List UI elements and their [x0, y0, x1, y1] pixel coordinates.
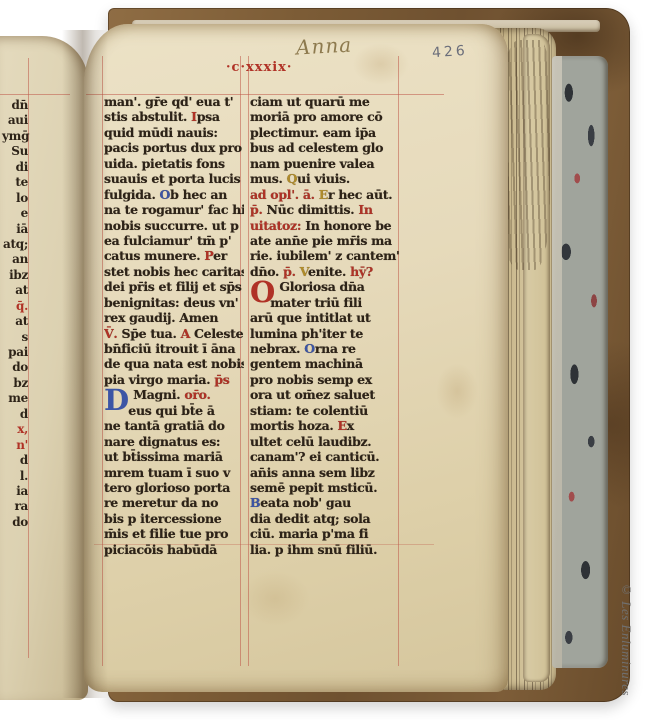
text-fragment: ra — [2, 499, 28, 514]
text-segment: stiam: te colentiū — [250, 403, 368, 418]
text-segment: V — [300, 264, 308, 279]
manuscript-line: O Gloriosa dn̄a — [250, 279, 402, 294]
text-segment: te — [15, 175, 28, 189]
text-segment: ciam ut quarū me — [250, 94, 370, 109]
text-segment: dei pr̄is et filij et sp̄s — [104, 279, 242, 294]
manuscript-line: lia. p ihm snū filiū. — [250, 542, 402, 557]
manuscript-line: ut bt̄issima mariā — [104, 449, 244, 464]
text-segment: enite. — [308, 264, 350, 279]
manuscript-line: nobis succurre. ut p — [104, 218, 244, 233]
text-fragment: at — [2, 314, 28, 329]
text-segment: O — [160, 187, 171, 202]
manuscript-line: rex gaudij. Amen — [104, 310, 244, 325]
text-segment: bz — [13, 376, 28, 390]
text-segment: eus qui bt̄e ā — [104, 403, 215, 418]
text-fragment: dn̄ — [2, 98, 28, 113]
text-fragment: atq; — [2, 237, 28, 252]
text-segment: Celeste — [194, 326, 243, 341]
text-segment: hȳ? — [350, 264, 373, 279]
manuscript-line: arū que intitlat ut — [250, 310, 402, 325]
ruling-line — [28, 58, 29, 658]
text-segment: P — [204, 248, 213, 263]
text-segment: gentem machinā — [250, 356, 363, 371]
text-segment: psa — [197, 109, 220, 124]
text-segment: rex gaudij. Amen — [104, 310, 218, 325]
text-segment: ymḡ — [2, 129, 29, 143]
text-fragment: iā — [2, 222, 28, 237]
text-segment: pro nobis semp ex — [250, 372, 372, 387]
text-fragment: me — [2, 391, 28, 406]
manuscript-line: ora ut om̄ez saluet — [250, 387, 402, 402]
manuscript-line: piciacōis habūdā — [104, 542, 244, 557]
manuscript-line: p̄. Nūc dimittis. In — [250, 202, 402, 217]
text-segment: tero glorioso porta — [104, 480, 230, 495]
text-segment: me — [8, 391, 28, 405]
text-segment: l. — [20, 469, 28, 483]
text-segment: semē pepit msticū. — [250, 480, 377, 495]
text-segment: dia dedit atq; sola — [250, 511, 370, 526]
text-segment: rna re — [315, 341, 356, 356]
text-segment: or̄o. — [184, 387, 210, 402]
manuscript-line: plectimur. eam ip̄a — [250, 125, 402, 140]
text-segment: uida. pietatis fons — [104, 156, 225, 171]
text-segment: do — [12, 360, 28, 374]
text-segment: rie. iubilem' z cantem' — [250, 248, 400, 263]
text-segment: ultet celū laudibz. — [250, 434, 371, 449]
text-segment: do — [12, 515, 28, 529]
manuscript-line: man'. gr̄e qd' eua t' — [104, 94, 244, 109]
text-fragment: lo — [2, 191, 28, 206]
manuscript-line: canam'? ei canticū. — [250, 449, 402, 464]
text-segment: plectimur. eam ip̄a — [250, 125, 376, 140]
text-segment: at — [15, 283, 28, 297]
text-segment: suauis et porta lucis — [104, 171, 240, 186]
manuscript-line: stis abstulit. Ipsa — [104, 109, 244, 124]
text-segment: er — [213, 248, 227, 263]
text-segment: na te rogamur' fac hic — [104, 202, 244, 217]
text-column-left: man'. gr̄e qd' eua t'stis abstulit. Ipsa… — [104, 94, 244, 560]
text-segment: mater triū fili — [250, 295, 362, 310]
text-fragment: x, — [2, 422, 28, 437]
text-segment: r hec aūt. — [328, 187, 392, 202]
text-segment: re meretur da no — [104, 495, 218, 510]
text-segment: e — [21, 206, 28, 220]
text-segment: p̄. — [283, 264, 300, 279]
manuscript-line: semē pepit msticū. — [250, 480, 402, 495]
manuscript-line: mortis hoza. Ex — [250, 418, 402, 433]
text-segment: piciacōis habūdā — [104, 542, 217, 557]
manuscript-line: nam puenire valea — [250, 156, 402, 171]
manuscript-photo: dn̄auiymḡSuditeloeiāatq;anibzatq̄.atspai… — [0, 0, 664, 720]
text-segment: at — [15, 314, 28, 328]
text-segment: Q — [287, 171, 298, 186]
text-segment: uitatoz: — [250, 218, 305, 233]
chapter-heading: ·c·xxxix· — [226, 60, 292, 75]
marbled-endpaper — [552, 56, 608, 668]
manuscript-line: moriā pro amore cō — [250, 109, 402, 124]
text-segment: q̄. — [16, 299, 28, 313]
manuscript-line: re meretur da no — [104, 495, 244, 510]
manuscript-line: suauis et porta lucis — [104, 171, 244, 186]
text-segment: an — [12, 252, 28, 266]
text-segment: A — [181, 326, 194, 341]
text-segment: Su — [11, 144, 28, 158]
text-segment: stet nobis hec caritas — [104, 264, 244, 279]
text-segment: O — [304, 341, 315, 356]
manuscript-line: uida. pietatis fons — [104, 156, 244, 171]
text-segment: p̄. — [250, 202, 267, 217]
text-segment: iā — [16, 222, 28, 236]
manuscript-line: Beata nob' gau — [250, 495, 402, 510]
manuscript-line: D Magni. or̄o. — [104, 387, 244, 402]
text-segment: Magni. — [129, 387, 184, 402]
manuscript-line: tero glorioso porta — [104, 480, 244, 495]
text-segment: stis abstulit. — [104, 109, 191, 124]
pencil-folio-number: 426 — [431, 43, 468, 61]
text-segment: s — [22, 330, 28, 344]
text-fragment: do — [2, 360, 28, 375]
text-segment: fulgida. — [104, 187, 160, 202]
manuscript-line: pro nobis semp ex — [250, 372, 402, 387]
manuscript-line: benignitas: deus vn' — [104, 295, 244, 310]
manuscript-line: mrem tuam ī suo v — [104, 465, 244, 480]
text-segment: atq; — [3, 237, 28, 251]
text-fragment: bz — [2, 376, 28, 391]
text-fragment: di — [2, 160, 28, 175]
text-segment: lumina ph'iter te — [250, 326, 363, 341]
manuscript-line: fulgida. Ob hec an — [104, 187, 244, 202]
text-segment: pai — [8, 345, 28, 359]
text-fragment: aui — [2, 113, 28, 128]
text-segment: an̄is anna sem libz — [250, 465, 375, 480]
manuscript-line: mus. Qui viuis. — [250, 171, 402, 186]
text-segment: ia — [16, 484, 28, 498]
manuscript-line: lumina ph'iter te — [250, 326, 402, 341]
manuscript-line: bus ad celestem glo — [250, 140, 402, 155]
text-fragment: s — [2, 330, 28, 345]
text-segment: ad opl'. ā. — [250, 187, 319, 202]
text-segment: bn̄ficiū itrouit ī āna — [104, 341, 235, 356]
manuscript-line: dei pr̄is et filij et sp̄s — [104, 279, 244, 294]
text-fragment: ibz — [2, 268, 28, 283]
manuscript-page: ·c·xxxix· Anna man'. gr̄e qd' eua t'stis… — [84, 24, 508, 692]
text-segment: ibz — [9, 268, 28, 282]
text-segment: catus munere. — [104, 248, 204, 263]
text-segment: n' — [16, 438, 28, 452]
manuscript-line: de qua nata est nobis — [104, 356, 244, 371]
text-segment: benignitas: deus vn' — [104, 295, 238, 310]
text-segment: nam puenire valea — [250, 156, 374, 171]
ink-inscription: Anna — [295, 33, 352, 60]
text-segment: mortis hoza. — [250, 418, 338, 433]
manuscript-line: rie. iubilem' z cantem' — [250, 248, 402, 263]
ruling-line — [102, 56, 103, 666]
manuscript-line: ad opl'. ā. Er hec aūt. — [250, 187, 402, 202]
text-segment: moriā pro amore cō — [250, 109, 382, 124]
manuscript-line: catus munere. Per — [104, 248, 244, 263]
manuscript-line: nebrax. Orna re — [250, 341, 402, 356]
text-fragment: te — [2, 175, 28, 190]
text-fragment: ia — [2, 484, 28, 499]
manuscript-line: ne tantā gratiā do — [104, 418, 244, 433]
text-segment: lia. p ihm snū filiū. — [250, 542, 377, 557]
text-segment: ne tantā gratiā do — [104, 418, 225, 433]
text-segment: mus. — [250, 171, 287, 186]
text-fragment: d — [2, 453, 28, 468]
text-fragment: e — [2, 206, 28, 221]
text-segment: p̄s — [214, 372, 229, 387]
text-segment: x, — [17, 422, 28, 436]
text-segment: x — [347, 418, 354, 433]
text-segment: aui — [8, 113, 28, 127]
manuscript-line: ate ann̄e pie mr̄is ma — [250, 233, 402, 248]
manuscript-line: ciū. maria p'ma fi — [250, 526, 402, 541]
manuscript-line: stiam: te colentiū — [250, 403, 402, 418]
text-segment: lo — [16, 191, 28, 205]
manuscript-line: ea fulciamur' tm̄ p' — [104, 233, 244, 248]
text-fragment: an — [2, 252, 28, 267]
text-segment: Gloriosa dn̄a — [275, 279, 364, 294]
text-fragment: n' — [2, 438, 28, 453]
text-fragment: do — [2, 515, 28, 530]
text-segment: bis p itercessione — [104, 511, 221, 526]
text-fragment: q̄. — [2, 299, 28, 314]
manuscript-line: pacis portus dux pro — [104, 140, 244, 155]
text-segment: quid mūdi nauis: — [104, 125, 218, 140]
text-segment: d — [20, 453, 28, 467]
text-segment: ui viuis. — [297, 171, 350, 186]
text-segment: b hec an — [170, 187, 227, 202]
ruling-line — [0, 94, 70, 95]
facing-page-sliver: dn̄auiymḡSuditeloeiāatq;anibzatq̄.atspai… — [0, 36, 88, 700]
text-segment: nobis succurre. ut p — [104, 218, 239, 233]
text-segment: mrem tuam ī suo v — [104, 465, 230, 480]
text-segment: Nūc dimittis. — [267, 202, 359, 217]
text-segment: ut bt̄issima mariā — [104, 449, 223, 464]
manuscript-line: mater triū fili — [250, 295, 402, 310]
ruling-line — [248, 56, 249, 666]
text-segment: ea fulciamur' tm̄ p' — [104, 233, 231, 248]
text-segment: canam'? ei canticū. — [250, 449, 379, 464]
manuscript-line: stet nobis hec caritas — [104, 264, 244, 279]
manuscript-line: m̄is et filie tue pro — [104, 526, 244, 541]
manuscript-line: quid mūdi nauis: — [104, 125, 244, 140]
facing-page-text-fragments: dn̄auiymḡSuditeloeiāatq;anibzatq̄.atspai… — [2, 98, 28, 530]
text-fragment: pai — [2, 345, 28, 360]
manuscript-line: an̄is anna sem libz — [250, 465, 402, 480]
text-segment: E — [338, 418, 347, 433]
manuscript-line: gentem machinā — [250, 356, 402, 371]
text-segment: In honore be — [305, 218, 391, 233]
text-segment: Sp̄e tua. — [122, 326, 181, 341]
text-fragment: l. — [2, 469, 28, 484]
text-segment: dn̄ — [11, 98, 28, 112]
text-segment: di — [16, 160, 28, 174]
manuscript-line: ultet celū laudibz. — [250, 434, 402, 449]
manuscript-line: nare dignatus es: — [104, 434, 244, 449]
manuscript-line: bis p itercessione — [104, 511, 244, 526]
text-segment: man'. gr̄e qd' eua t' — [104, 94, 233, 109]
text-segment: nare dignatus es: — [104, 434, 220, 449]
text-column-right: ciam ut quarū memoriā pro amore cōplecti… — [250, 94, 402, 560]
text-segment: pacis portus dux pro — [104, 140, 242, 155]
text-fragment: Su — [2, 144, 28, 159]
text-segment: ciū. maria p'ma fi — [250, 526, 368, 541]
text-segment: ra — [15, 499, 29, 513]
text-segment: arū que intitlat ut — [250, 310, 371, 325]
text-segment: eata nob' gau — [260, 495, 351, 510]
text-segment: bus ad celestem glo — [250, 140, 383, 155]
manuscript-line: bn̄ficiū itrouit ī āna — [104, 341, 244, 356]
text-segment: m̄is et filie tue pro — [104, 526, 228, 541]
photo-credit: © Les Enluminures — [618, 582, 634, 712]
text-segment: In — [358, 202, 372, 217]
text-segment: ate ann̄e pie mr̄is ma — [250, 233, 392, 248]
text-fragment: d — [2, 407, 28, 422]
text-segment: nebrax. — [250, 341, 304, 356]
text-fragment: ymḡ — [2, 129, 28, 144]
manuscript-line: ciam ut quarū me — [250, 94, 402, 109]
manuscript-line: dia dedit atq; sola — [250, 511, 402, 526]
text-segment: E — [319, 187, 328, 202]
text-fragment: at — [2, 283, 28, 298]
manuscript-line: na te rogamur' fac hic — [104, 202, 244, 217]
text-segment: V̄. — [104, 326, 122, 341]
manuscript-line: eus qui bt̄e ā — [104, 403, 244, 418]
manuscript-line: uitatoz: In honore be — [250, 218, 402, 233]
text-segment: d — [20, 407, 28, 421]
text-segment: de qua nata est nobis — [104, 356, 244, 371]
text-segment: ora ut om̄ez saluet — [250, 387, 375, 402]
manuscript-line: V̄. Sp̄e tua. A Celeste — [104, 326, 244, 341]
text-segment: B — [250, 495, 260, 510]
